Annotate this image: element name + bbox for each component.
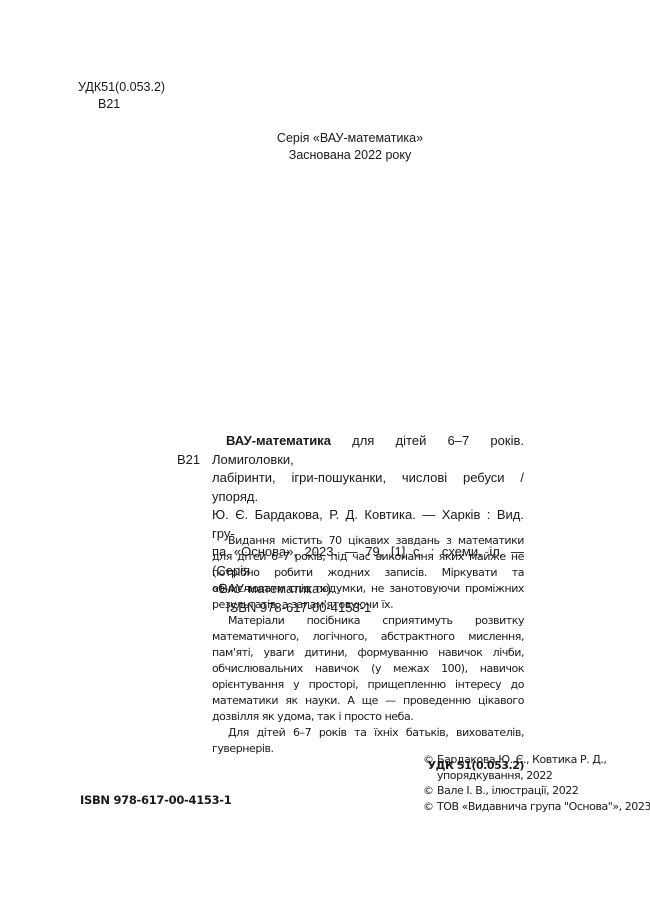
copyright-publisher-text: ТОВ «Видавнича група "Основа"», 2023 (437, 799, 623, 815)
annotation: Видання містить 70 цікавих завдань з мат… (212, 533, 524, 774)
copyright-illustrator-text: Вале І. В., ілюстрації, 2022 (437, 783, 623, 799)
series-info: Серія «ВАУ-математика» Заснована 2022 ро… (0, 130, 650, 164)
book-title: ВАУ-математика (226, 433, 331, 448)
copyright-entry-authors: © Бардакова Ю. Є., Ковтика Р. Д., упоряд… (423, 752, 623, 783)
annotation-paragraph-2: Матеріали посібника сприятимуть розвитку… (212, 613, 524, 725)
annotation-paragraph-1: Видання містить 70 цікавих завдань з мат… (212, 533, 524, 613)
biblio-line-1: ВАУ-математика для дітей 6–7 років. Ломи… (212, 432, 524, 469)
udk-header: УДК51(0.053.2) В21 (78, 79, 165, 113)
author-sign-code: В21 (78, 96, 165, 113)
copyright-authors-line-2: упорядкування, 2022 (437, 768, 623, 784)
copyright-icon: © (423, 752, 434, 768)
copyright-authors-line-1: Бардакова Ю. Є., Ковтика Р. Д., (437, 752, 623, 768)
copyright-entry-publisher: © ТОВ «Видавнича група "Основа"», 2023 (423, 799, 623, 815)
series-name: Серія «ВАУ-математика» (200, 130, 500, 147)
copyright-icon: © (423, 783, 434, 799)
udk-code: УДК51(0.053.2) (78, 79, 165, 96)
copyright-block: © Бардакова Ю. Є., Ковтика Р. Д., упоряд… (423, 752, 623, 814)
copyright-entry-illustrator: © Вале І. В., ілюстрації, 2022 (423, 783, 623, 799)
series-founded: Заснована 2022 року (200, 147, 500, 164)
footer-isbn: ISBN 978-617-00-4153-1 (80, 793, 231, 807)
copyright-icon: © (423, 799, 434, 815)
bibliographic-side-code: В21 (177, 451, 200, 470)
biblio-line-2: лабіринти, ігри-пошуканки, числові ребус… (212, 469, 524, 506)
